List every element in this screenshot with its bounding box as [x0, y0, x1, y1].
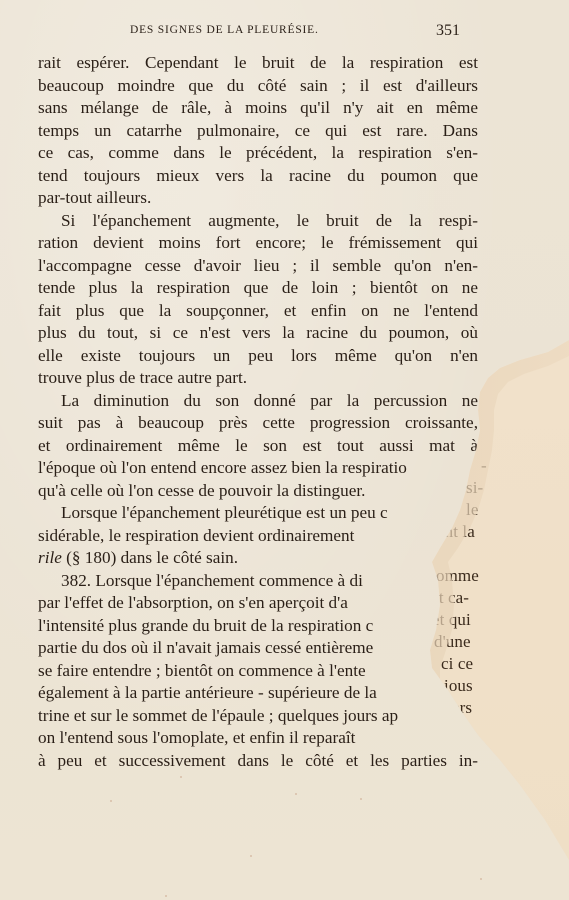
- text-line: trine et sur le sommet de l'épaule ; que…: [38, 705, 398, 727]
- text-line: suit pas à beaucoup près cette progressi…: [38, 412, 478, 434]
- text-line: beaucoup moindre que du côté sain ; il e…: [38, 75, 478, 97]
- text-line: on l'entend sous l'omoplate, et enfin il…: [38, 727, 355, 749]
- paper-speck: [360, 798, 362, 800]
- page-number: 351: [436, 22, 460, 40]
- running-title: DES SIGNES DE LA PLEURÉSIE.: [130, 24, 319, 36]
- text-line: ration devient moins fort encore; le fré…: [38, 232, 478, 254]
- text-line: qu'à celle où l'on cesse de pouvoir la d…: [38, 480, 365, 502]
- text-line: l'accompagne cesse d'avoir lieu ; il sem…: [38, 255, 478, 277]
- text-line: fait plus que la soupçonner, et enfin on…: [38, 300, 478, 322]
- running-head: DES SIGNES DE LA PLEURÉSIE. 351: [38, 22, 478, 42]
- text-line: également à la partie antérieure - supér…: [38, 682, 377, 704]
- text-line: plus du tout, si ce n'est vers la racine…: [38, 322, 478, 344]
- italic-term: rile: [38, 548, 62, 567]
- text-span: (§ 180) dans le côté sain.: [66, 548, 238, 567]
- paper-speck: [295, 793, 297, 795]
- text-line: par-tout ailleurs.: [38, 187, 478, 209]
- text-line: temps un catarrhe pulmonaire, ce qui est…: [38, 120, 478, 142]
- text-line: l'époque où l'on entend encore assez bie…: [38, 457, 407, 479]
- text-line: sidérable, le respiration devient ordina…: [38, 525, 354, 547]
- text-line: sans mélange de râle, à moins qu'il n'y …: [38, 97, 478, 119]
- text-line: à peu et successivement dans le côté et …: [38, 750, 478, 772]
- paper-speck: [110, 800, 112, 802]
- text-line: se faire entendre ; bientôt on commence …: [38, 660, 366, 682]
- paragraph-start-line: La diminution du son donné par la percus…: [38, 390, 478, 412]
- text-line: partie du dos où il n'avait jamais cessé…: [38, 637, 373, 659]
- paper-speck: [180, 776, 182, 778]
- paper-speck: [250, 855, 252, 857]
- text-line: trouve plus de trace autre part.: [38, 367, 478, 389]
- text-line: tende plus la respiration que de loin ; …: [38, 277, 478, 299]
- text-line: l'intensité plus grande du bruit de la r…: [38, 615, 373, 637]
- text-line: elle existe toujours un peu lors même qu…: [38, 345, 478, 367]
- underlying-text-fragment: ci ce: [441, 654, 473, 674]
- section-start-line: 382. Lorsque l'épanchement commence à di: [38, 570, 363, 592]
- text-line: rile (§ 180) dans le côté sain.: [38, 547, 238, 569]
- paragraph-start-line: Lorsque l'épanchement pleurétique est un…: [38, 502, 388, 524]
- text-line: tend toujours mieux vers la racine du po…: [38, 165, 478, 187]
- paper-speck: [480, 878, 482, 880]
- paper-speck: [165, 895, 167, 897]
- text-line: rait espérer. Cependant le bruit de la r…: [38, 52, 478, 74]
- paragraph-start-line: Si l'épanchement augmente, le bruit de l…: [38, 210, 478, 232]
- text-line: et ordinairement même le son est tout au…: [38, 435, 478, 457]
- text-line: par l'effet de l'absorption, on s'en ape…: [38, 592, 348, 614]
- text-line: ce cas, comme dans le précédent, la resp…: [38, 142, 478, 164]
